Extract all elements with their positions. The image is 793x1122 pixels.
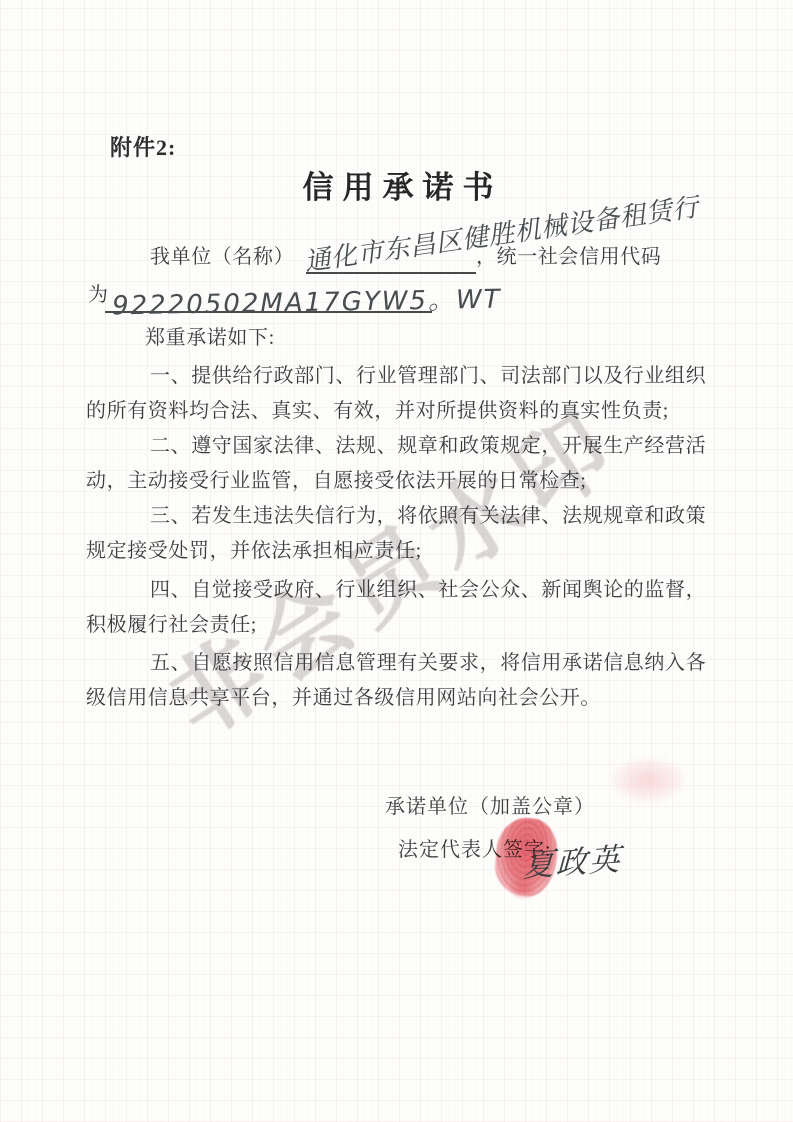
intro-prefix: 我单位（名称） xyxy=(150,247,294,267)
body-line-8: 积极履行社会责任; xyxy=(86,615,257,635)
body-line-2: 的所有资料均合法、真实、有效，并对所提供资料的真实性负责; xyxy=(86,401,669,421)
handwritten-signature: 夏政英 xyxy=(522,833,622,885)
attachment-label: 附件2: xyxy=(110,131,176,162)
body-line-1: 一、提供给行政部门、行业管理部门、司法部门以及行业组织 xyxy=(150,366,706,386)
body-line-4: 动，主动接受行业监管，自愿接受依法开展的日常检查; xyxy=(86,471,587,491)
body-line-5: 三、若发生违法失信行为，将依照有关法律、法规规章和政策 xyxy=(150,506,706,526)
pledge-heading: 郑重承诺如下: xyxy=(145,328,275,348)
red-ink-smudge xyxy=(612,758,684,802)
body-line-9: 五、自愿按照信用信息管理有关要求，将信用承诺信息纳入各 xyxy=(150,653,706,673)
body-line-7: 四、自觉接受政府、行业组织、社会公众、新闻舆论的监督， xyxy=(150,580,706,600)
closing-unit-line: 承诺单位（加盖公章） xyxy=(385,797,595,817)
scanned-document-page: 非会员水印 附件2: 信用承诺书 我单位（名称） ，统一社会信用代码 通化市东昌… xyxy=(0,0,793,1122)
intro-line2-prefix: 为 xyxy=(88,285,109,305)
handwritten-credit-code: 92220502MA17GYW5。WT xyxy=(112,279,502,323)
body-line-6: 规定接受处罚，并依法承担相应责任; xyxy=(86,541,422,561)
body-line-10: 级信用信息共享平台，并通过各级信用网站向社会公开。 xyxy=(86,688,601,708)
body-line-3: 二、遵守国家法律、法规、规章和政策规定，开展生产经营活 xyxy=(150,436,706,456)
